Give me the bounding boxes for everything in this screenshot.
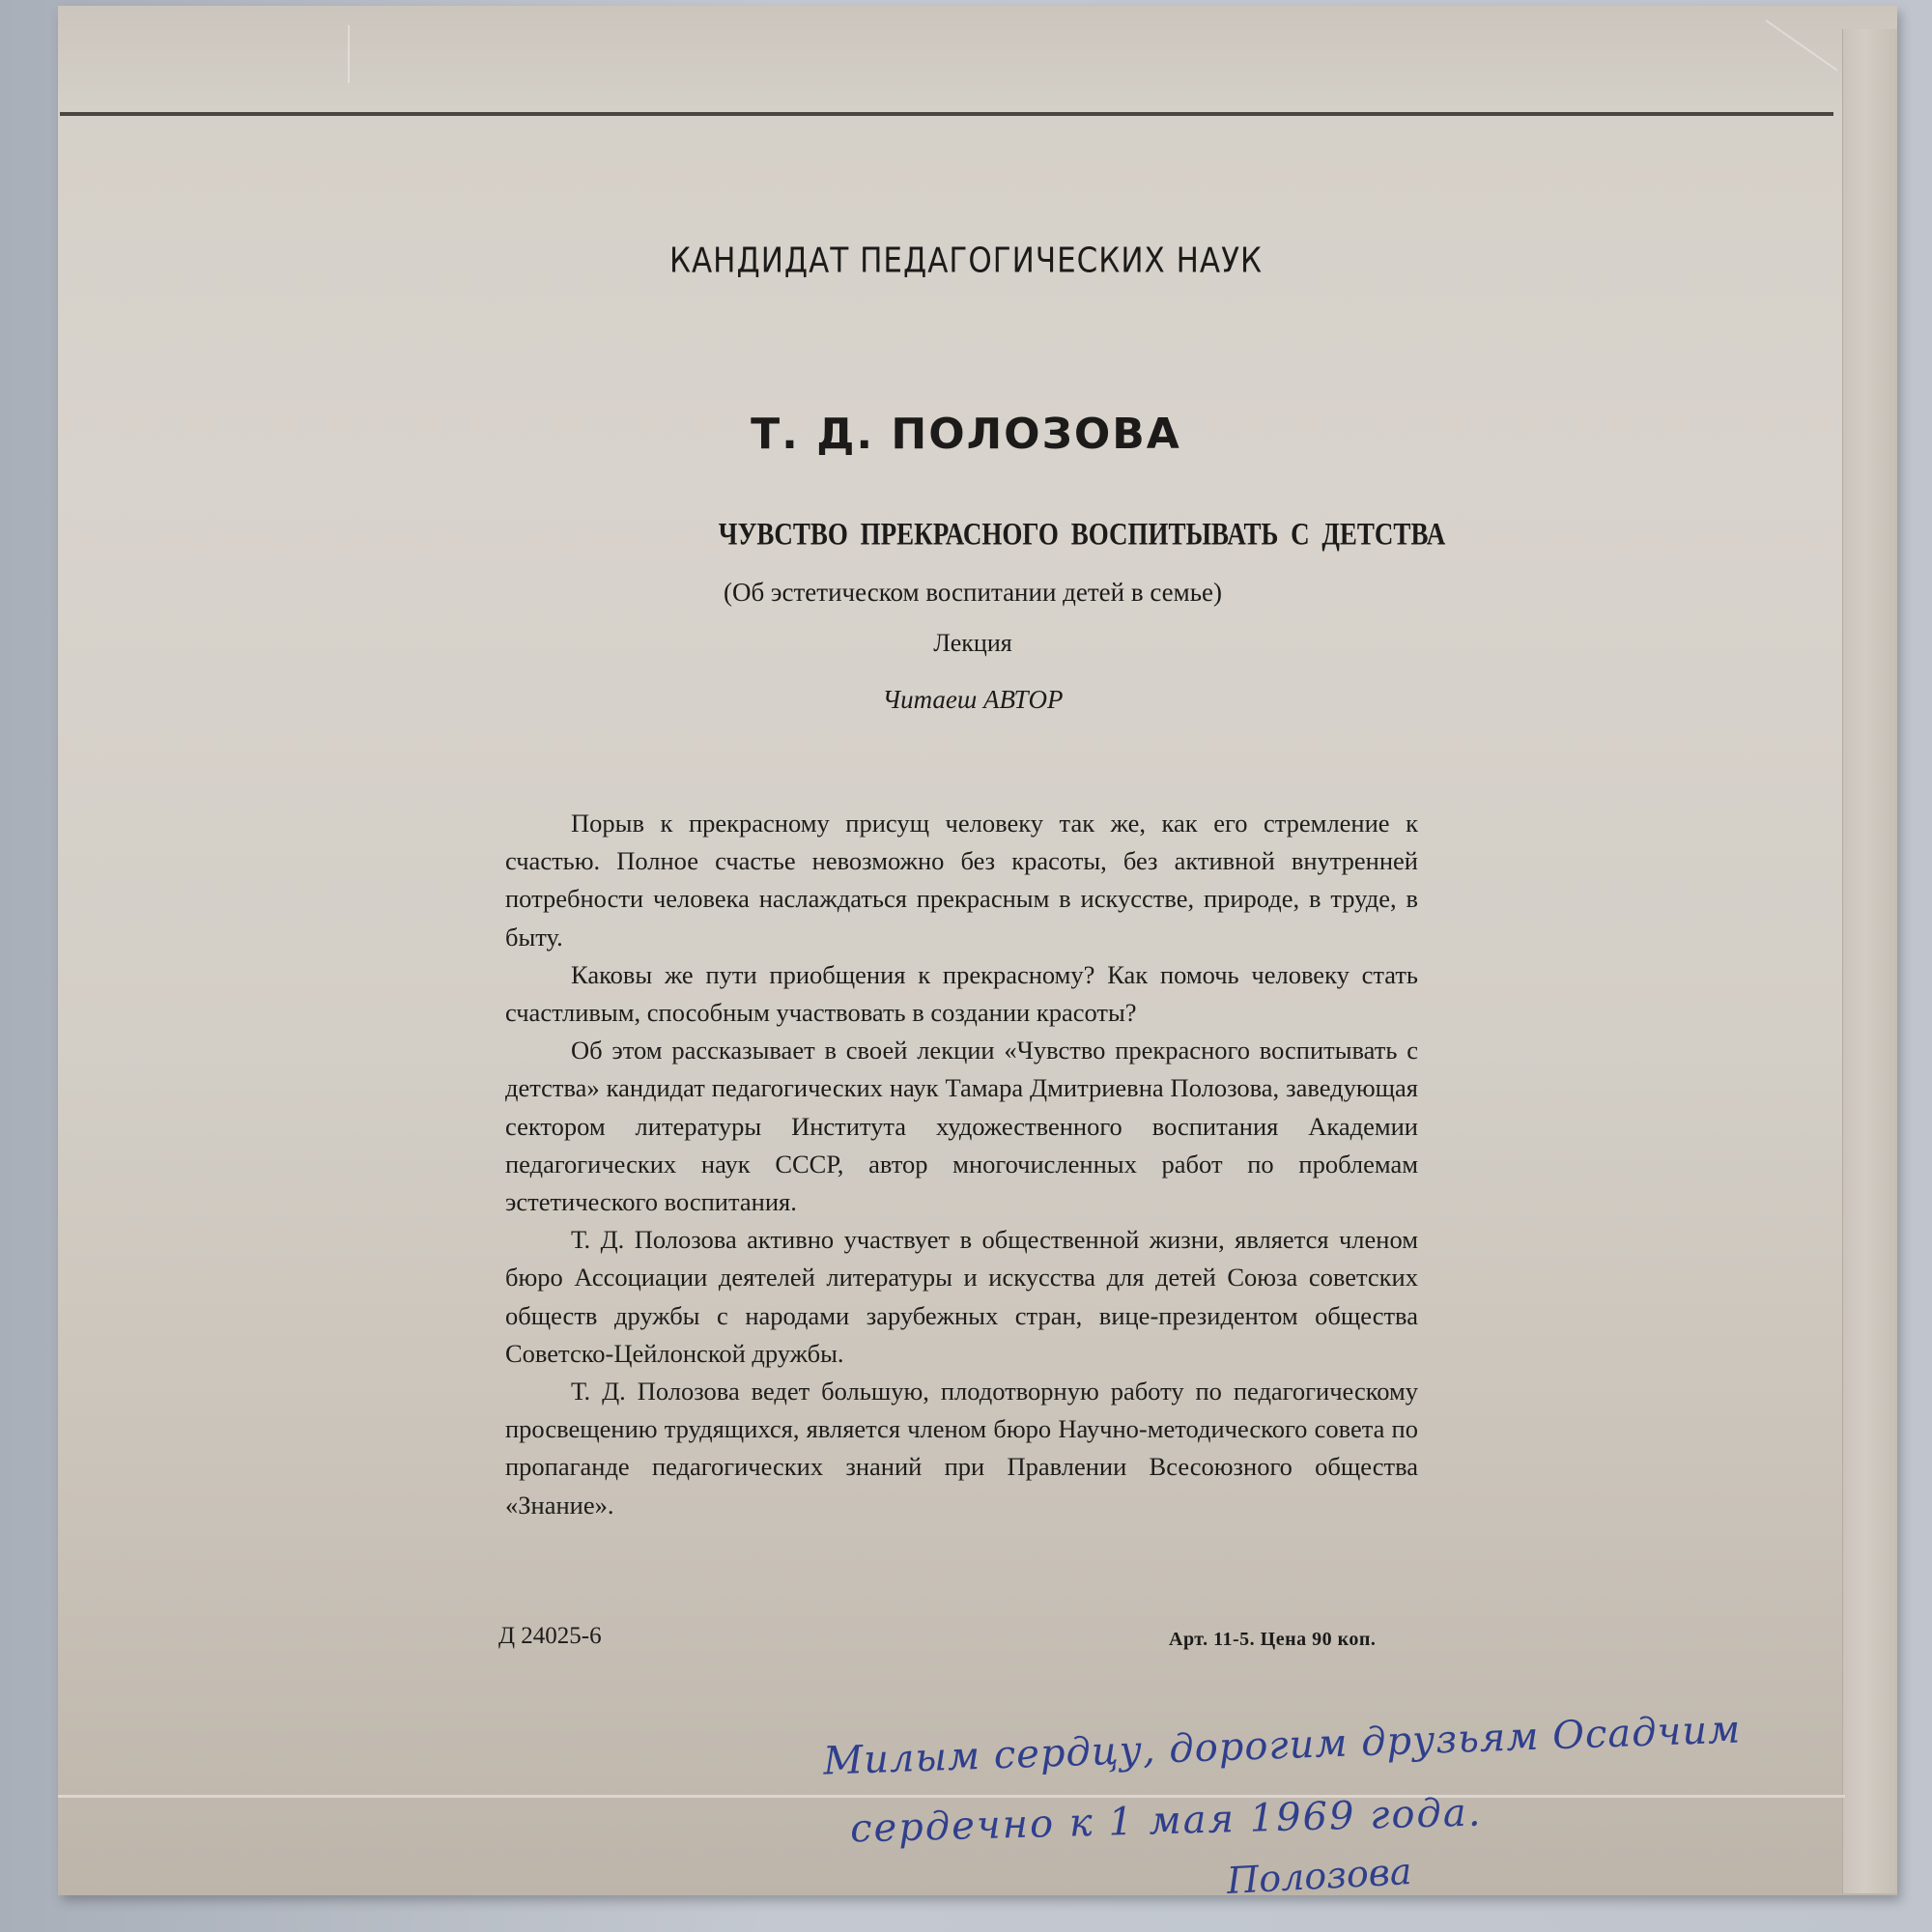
paragraph: Т. Д. Полозова ведет большую, плодотворн… <box>505 1373 1418 1524</box>
author-degree: КАНДИДАТ ПЕДАГОГИЧЕСКИХ НАУК <box>0 241 1932 280</box>
inscription-signature: Полозова <box>1226 1850 1413 1902</box>
paragraph: Об этом рассказывает в своей лекции «Чув… <box>505 1032 1418 1221</box>
lecture-subtitle: (Об эстетическом воспитании детей в семь… <box>7 578 1932 608</box>
genre-label: Лекция <box>7 629 1932 658</box>
handwritten-inscription: Милым сердцу, дорогим друзьям Осадчим се… <box>821 1710 1884 1903</box>
inscription-line-1: Милым сердцу, дорогим друзьям Осадчим <box>822 1707 1742 1783</box>
annotation-text: Порыв к прекрасному присущ человеку так … <box>505 805 1418 1524</box>
lecture-title: ЧУВСТВО ПРЕКРАСНОГО ВОСПИТЫВАТЬ С ДЕТСТВ… <box>116 517 1932 553</box>
paragraph: Каковы же пути приобщения к прекрасному?… <box>505 956 1418 1032</box>
inscription-line-2: сердечно к 1 мая 1969 года. <box>850 1790 1483 1851</box>
author-name: Т. Д. ПОЛОЗОВА <box>0 410 1932 459</box>
price-label: Арт. 11-5. Цена 90 коп. <box>1169 1629 1376 1651</box>
sleeve-content: КАНДИДАТ ПЕДАГОГИЧЕСКИХ НАУК Т. Д. ПОЛОЗ… <box>0 0 1932 1932</box>
paragraph: Порыв к прекрасному присущ человеку так … <box>505 805 1418 956</box>
reader-credit: Читаеш АВТОР <box>7 685 1932 715</box>
paragraph: Т. Д. Полозова активно участвует в общес… <box>505 1221 1418 1373</box>
catalog-number: Д 24025-6 <box>498 1623 602 1650</box>
